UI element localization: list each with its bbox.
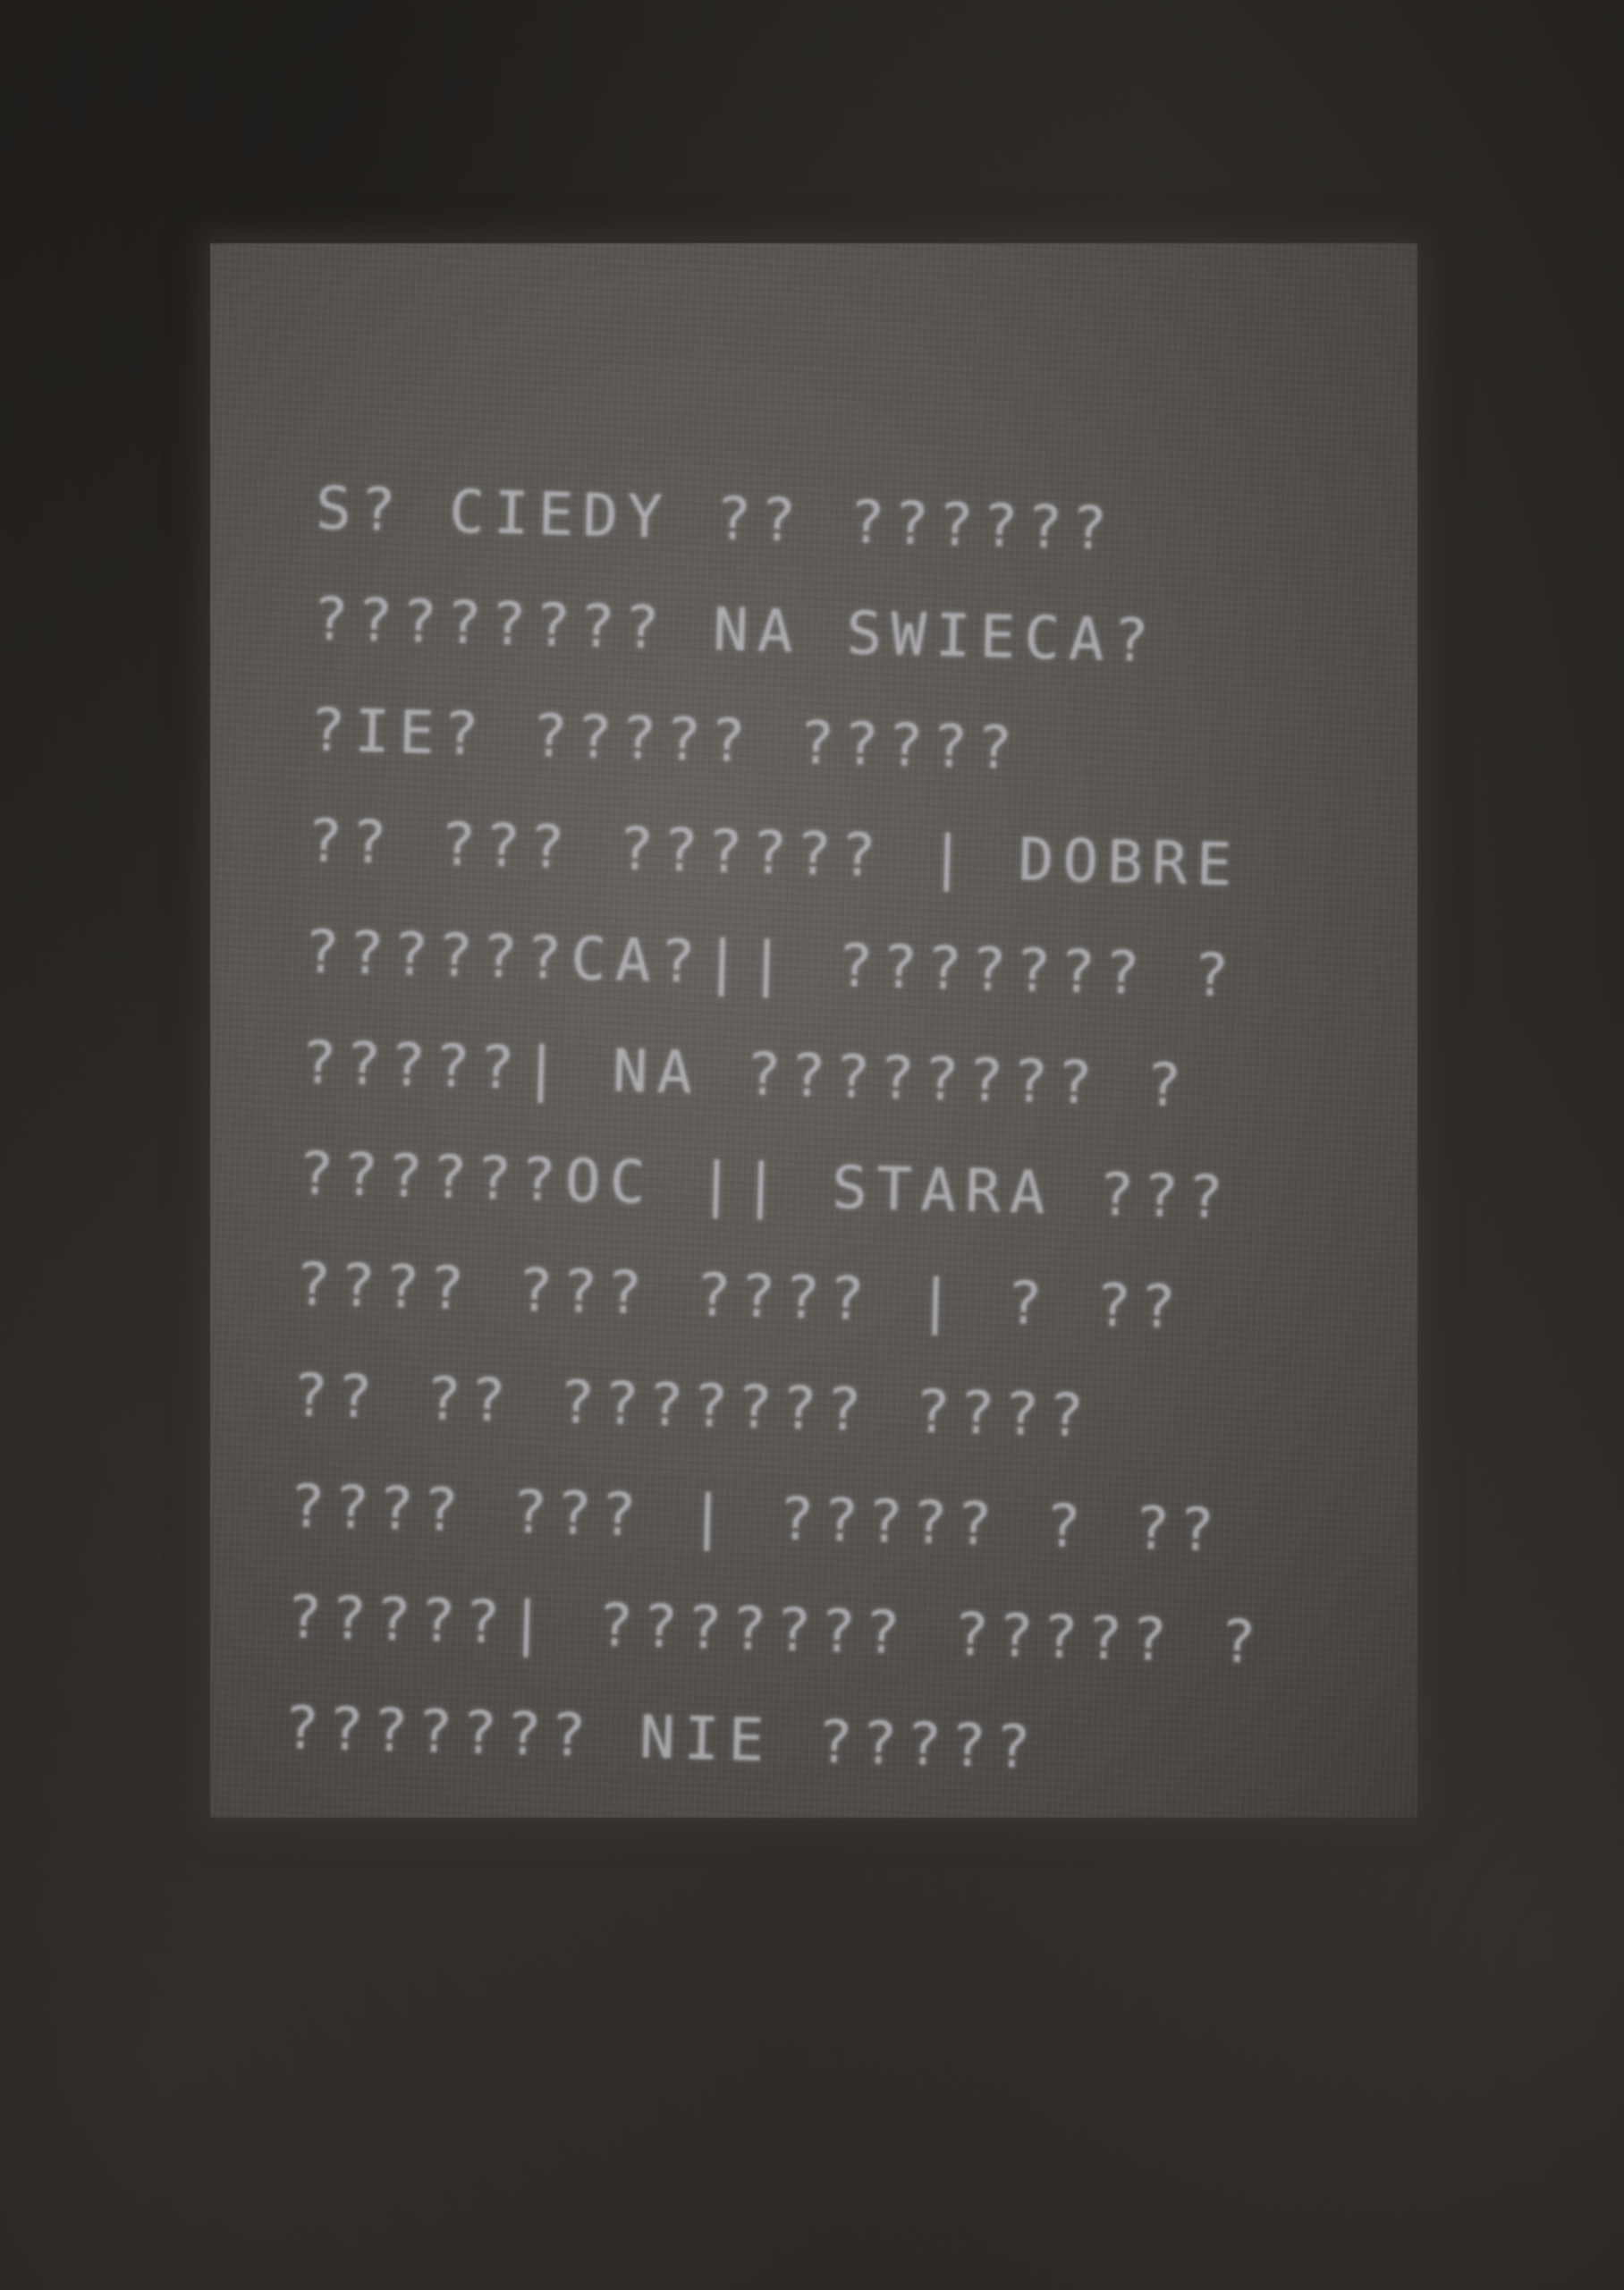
chalk-text-panel: S? CIEDY ?? ?????? ???????? NA SWIECA? ?… xyxy=(210,243,1417,1818)
handwritten-text: S? CIEDY ?? ?????? ???????? NA SWIECA? ?… xyxy=(283,454,1391,1812)
